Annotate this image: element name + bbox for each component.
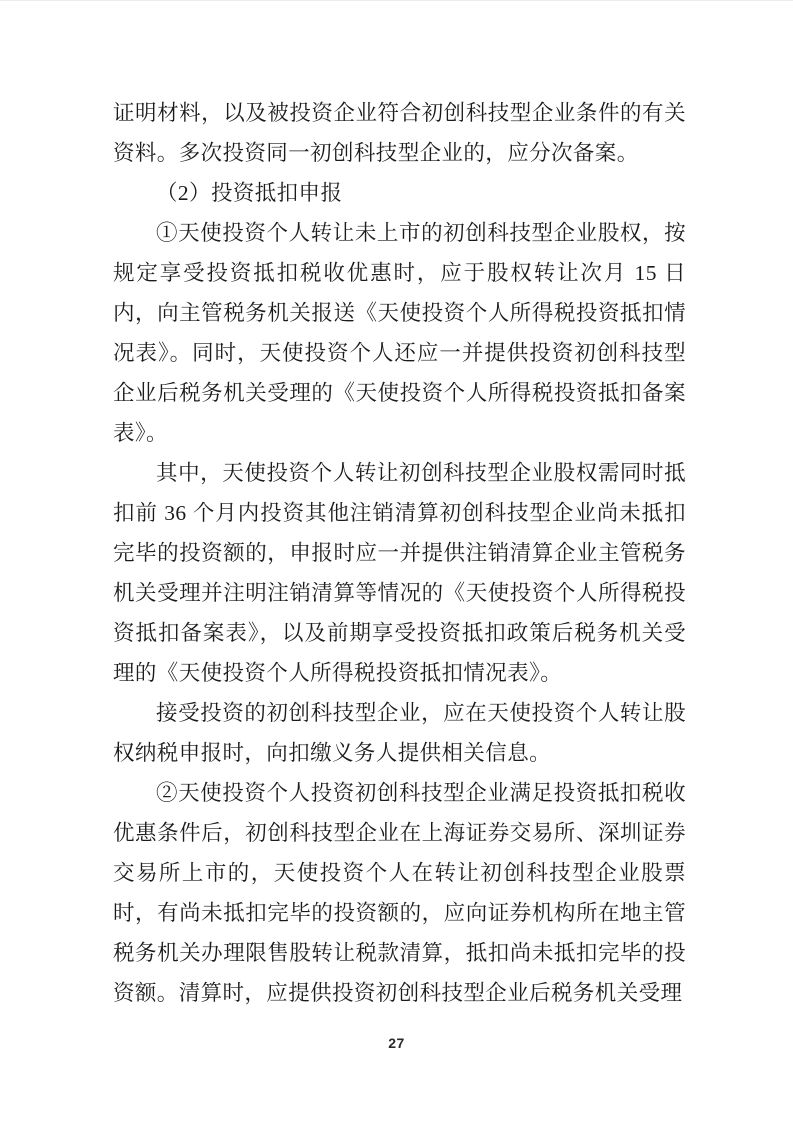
page-footer: 27 xyxy=(0,1035,793,1053)
clause-1-supplement-paragraph: 其中，天使投资个人转让初创科技型企业股权需同时抵扣前 36 个月内投资其他注销清… xyxy=(113,453,686,693)
page-number: 27 xyxy=(388,1035,405,1051)
paragraph-continued: 证明材料，以及被投资企业符合初创科技型企业条件的有关资料。多次投资同一初创科技型… xyxy=(113,93,686,173)
clause-1-note-paragraph: 接受投资的初创科技型企业，应在天使投资个人转让股权纳税申报时，向扣缴义务人提供相… xyxy=(113,693,686,773)
document-body: 证明材料，以及被投资企业符合初创科技型企业条件的有关资料。多次投资同一初创科技型… xyxy=(113,93,686,1013)
clause-1-paragraph: ①天使投资个人转让未上市的初创科技型企业股权，按规定享受投资抵扣税收优惠时，应于… xyxy=(113,213,686,453)
section-subheading: （2）投资抵扣申报 xyxy=(113,173,686,213)
document-page: 证明材料，以及被投资企业符合初创科技型企业条件的有关资料。多次投资同一初创科技型… xyxy=(0,0,793,1123)
clause-2-paragraph: ②天使投资个人投资初创科技型企业满足投资抵扣税收优惠条件后，初创科技型企业在上海… xyxy=(113,773,686,1013)
